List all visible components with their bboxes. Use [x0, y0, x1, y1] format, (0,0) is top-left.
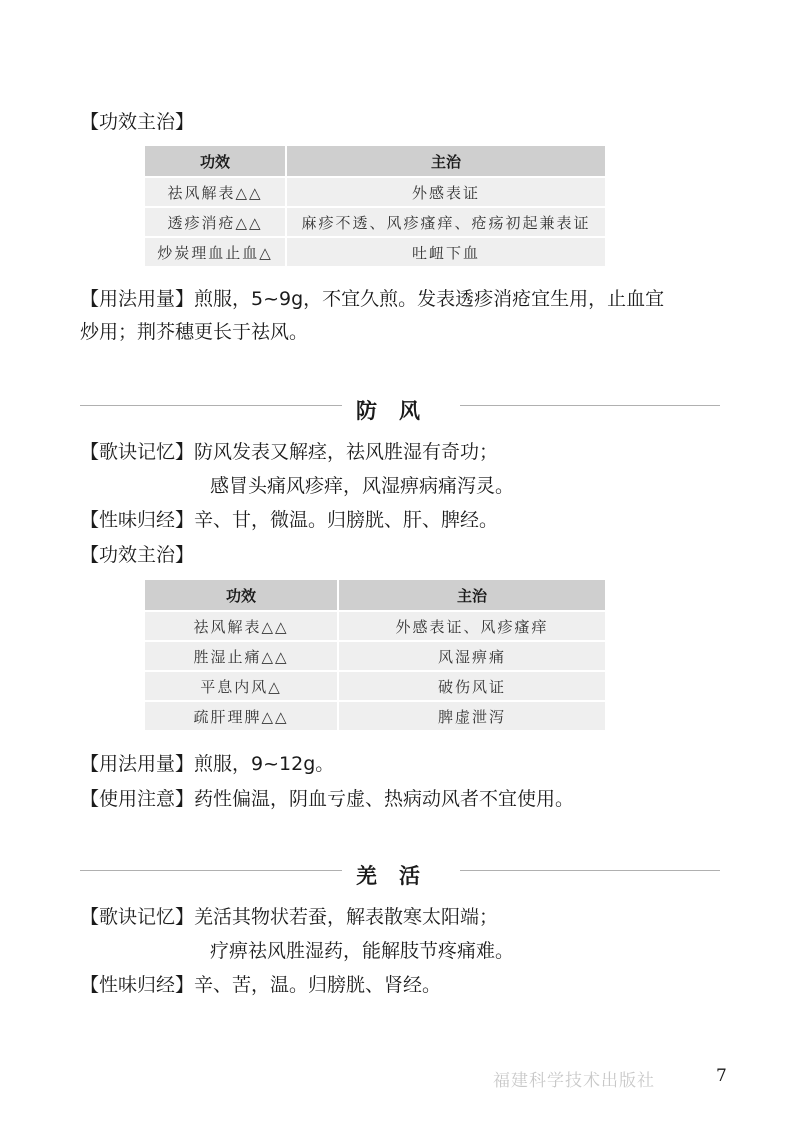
caution-label: 【使用注意】 [80, 788, 194, 810]
dosage-line: 【用法用量】煎服，9~12g。 [80, 752, 334, 776]
dosage-line-2: 炒用；荆芥穗更长于祛风。 [80, 320, 308, 344]
mnemonic-label: 【歌诀记忆】 [80, 441, 194, 463]
cell-efficacy: 炒炭理血止血△ [145, 236, 287, 266]
table-header-row: 功效 主治 [145, 580, 605, 610]
table-header-row: 功效 主治 [145, 146, 605, 176]
cell-indication: 麻疹不透、风疹瘙痒、疮疡初起兼表证 [287, 206, 605, 236]
nature-line: 【性味归经】辛、苦，温。归膀胱、肾经。 [80, 973, 441, 997]
efficacy-heading: 【功效主治】 [80, 543, 194, 567]
divider-left [80, 405, 342, 406]
nature-label: 【性味归经】 [80, 509, 194, 531]
caution-line: 【使用注意】药性偏温，阴血亏虚、热病动风者不宜使用。 [80, 787, 574, 811]
divider-right [460, 870, 720, 871]
herb-title-fangfeng: 防风 [356, 395, 442, 425]
dosage-line-1: 【用法用量】煎服，5~9g，不宜久煎。发表透疹消疮宜生用，止血宜 [80, 287, 664, 311]
dosage-label: 【用法用量】 [80, 753, 194, 775]
nature-text: 辛、苦，温。归膀胱、肾经。 [194, 974, 441, 996]
efficacy-table: 功效 主治 祛风解表△△ 外感表证 透疹消疮△△ 麻疹不透、风疹瘙痒、疮疡初起兼… [145, 146, 605, 266]
cell-indication: 外感表证、风疹瘙痒 [339, 610, 605, 640]
divider-left [80, 870, 342, 871]
cell-efficacy: 祛风解表△△ [145, 176, 287, 206]
herb-title-qianghuo: 羌活 [356, 860, 442, 890]
header-efficacy: 功效 [145, 146, 287, 176]
dosage-text: 煎服，5~9g，不宜久煎。发表透疹消疮宜生用，止血宜 [194, 288, 664, 310]
mnemonic-text: 防风发表又解痉，祛风胜湿有奇功； [194, 441, 498, 463]
cell-indication: 外感表证 [287, 176, 605, 206]
table-row: 平息内风△ 破伤风证 [145, 670, 605, 700]
table-row: 祛风解表△△ 外感表证 [145, 176, 605, 206]
divider-right [460, 405, 720, 406]
header-indication: 主治 [287, 146, 605, 176]
table-row: 透疹消疮△△ 麻疹不透、风疹瘙痒、疮疡初起兼表证 [145, 206, 605, 236]
cell-indication: 破伤风证 [339, 670, 605, 700]
cell-indication: 脾虚泄泻 [339, 700, 605, 730]
mnemonic-line-1: 【歌诀记忆】羌活其物状若蚕，解表散寒太阳端； [80, 905, 498, 929]
mnemonic-line-2: 疗痹祛风胜湿药，能解肢节疼痛难。 [210, 939, 514, 963]
mnemonic-line-2: 感冒头痛风疹痒，风湿痹病痛泻灵。 [210, 474, 514, 498]
dosage-label: 【用法用量】 [80, 288, 194, 310]
caution-text: 药性偏温，阴血亏虚、热病动风者不宜使用。 [194, 788, 574, 810]
page-number: 7 [716, 1066, 727, 1086]
mnemonic-text: 羌活其物状若蚕，解表散寒太阳端； [194, 906, 498, 928]
nature-label: 【性味归经】 [80, 974, 194, 996]
table-row: 疏肝理脾△△ 脾虚泄泻 [145, 700, 605, 730]
efficacy-heading: 【功效主治】 [80, 110, 194, 134]
mnemonic-line-1: 【歌诀记忆】防风发表又解痉，祛风胜湿有奇功； [80, 440, 498, 464]
cell-efficacy: 透疹消疮△△ [145, 206, 287, 236]
cell-indication: 吐衄下血 [287, 236, 605, 266]
table-row: 炒炭理血止血△ 吐衄下血 [145, 236, 605, 266]
cell-efficacy: 平息内风△ [145, 670, 339, 700]
cell-indication: 风湿痹痛 [339, 640, 605, 670]
cell-efficacy: 疏肝理脾△△ [145, 700, 339, 730]
nature-text: 辛、甘，微温。归膀胱、肝、脾经。 [194, 509, 498, 531]
mnemonic-label: 【歌诀记忆】 [80, 906, 194, 928]
table-row: 胜湿止痛△△ 风湿痹痛 [145, 640, 605, 670]
cell-efficacy: 祛风解表△△ [145, 610, 339, 640]
efficacy-table: 功效 主治 祛风解表△△ 外感表证、风疹瘙痒 胜湿止痛△△ 风湿痹痛 平息内风△… [145, 580, 605, 730]
nature-line: 【性味归经】辛、甘，微温。归膀胱、肝、脾经。 [80, 508, 498, 532]
publisher-watermark: 福建科学技术出版社 [493, 1066, 655, 1091]
cell-efficacy: 胜湿止痛△△ [145, 640, 339, 670]
header-efficacy: 功效 [145, 580, 339, 610]
table-row: 祛风解表△△ 外感表证、风疹瘙痒 [145, 610, 605, 640]
header-indication: 主治 [339, 580, 605, 610]
dosage-text: 煎服，9~12g。 [194, 753, 334, 775]
